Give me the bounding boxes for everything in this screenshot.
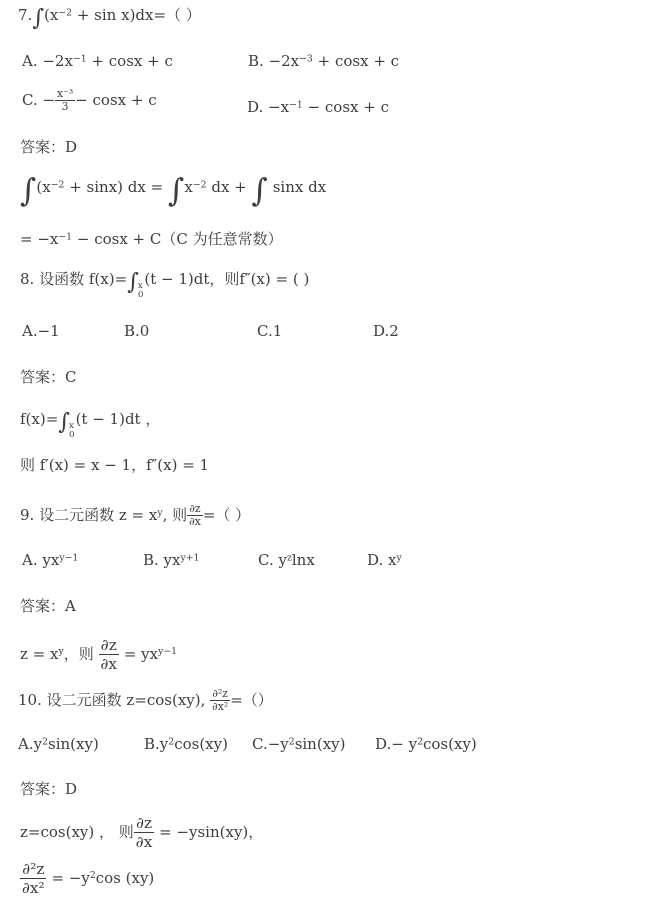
- q9-explanation-line1: z = xy，则 ∂z∂x = yxy−1: [20, 636, 177, 674]
- q10-answer: 答案：D: [20, 780, 77, 800]
- q8-option-a: A.−1: [22, 322, 60, 342]
- q7-explanation-line2: = −x−1 − cosx + C（C 为任意常数）: [20, 230, 283, 250]
- q8-option-c: C.1: [257, 322, 282, 342]
- q8-option-b: B.0: [124, 322, 149, 342]
- q10-option-d: D.− y2cos(xy): [375, 735, 477, 755]
- q7-explanation-line1: ∫(x−2 + sinx) dx = ∫x−2 dx + ∫ sinx dx: [20, 176, 326, 208]
- q10-explanation-line1: z=cos(xy) ， 则∂z∂x = −ysin(xy)，: [20, 814, 263, 852]
- q9-answer: 答案：A: [20, 597, 76, 617]
- q9-option-d: D. xy: [367, 551, 402, 571]
- q7-option-a: A. −2x−1 + cosx + c: [22, 52, 173, 72]
- q8-explanation-line2: 则 f′(x) = x − 1，f″(x) = 1: [20, 456, 209, 476]
- q9-option-b: B. yxy+1: [143, 551, 199, 571]
- exam-document-page: 7.∫(x−2 + sin x)dx=（ ） A. −2x−1 + cosx +…: [0, 0, 660, 908]
- q10-option-c: C.−y2sin(xy): [252, 735, 345, 755]
- q9-option-a: A. yxy−1: [22, 551, 78, 571]
- q7-title: 7.∫(x−2 + sin x)dx=（ ）: [18, 6, 201, 29]
- q8-option-d: D.2: [373, 322, 399, 342]
- q10-explanation-line2: ∂²z∂x² = −y2cos (xy): [20, 860, 154, 898]
- q8-explanation-line1: f(x)=∫x0(t − 1)dt ，: [20, 410, 160, 440]
- q7-option-c: C. −x⁻³3− cosx + c: [22, 88, 157, 114]
- q10-option-b: B.y2cos(xy): [144, 735, 228, 755]
- q7-option-b: B. −2x−3 + cosx + c: [248, 52, 399, 72]
- q7-answer: 答案：D: [20, 138, 77, 158]
- q9-option-c: C. yzlnx: [258, 551, 315, 571]
- q10-option-a: A.y2sin(xy): [18, 735, 99, 755]
- q8-answer: 答案：C: [20, 368, 76, 388]
- q9-title: 9. 设二元函数 z = xy, 则∂z∂x=（ ）: [20, 503, 250, 529]
- q7-option-d: D. −x−1 − cosx + c: [247, 98, 389, 118]
- q8-title: 8. 设函数 f(x)=∫x0(t − 1)dt，则f″(x) = ( ): [20, 270, 309, 300]
- q10-title: 10. 设二元函数 z=cos(xy), ∂²z∂x²=（）: [18, 688, 273, 714]
